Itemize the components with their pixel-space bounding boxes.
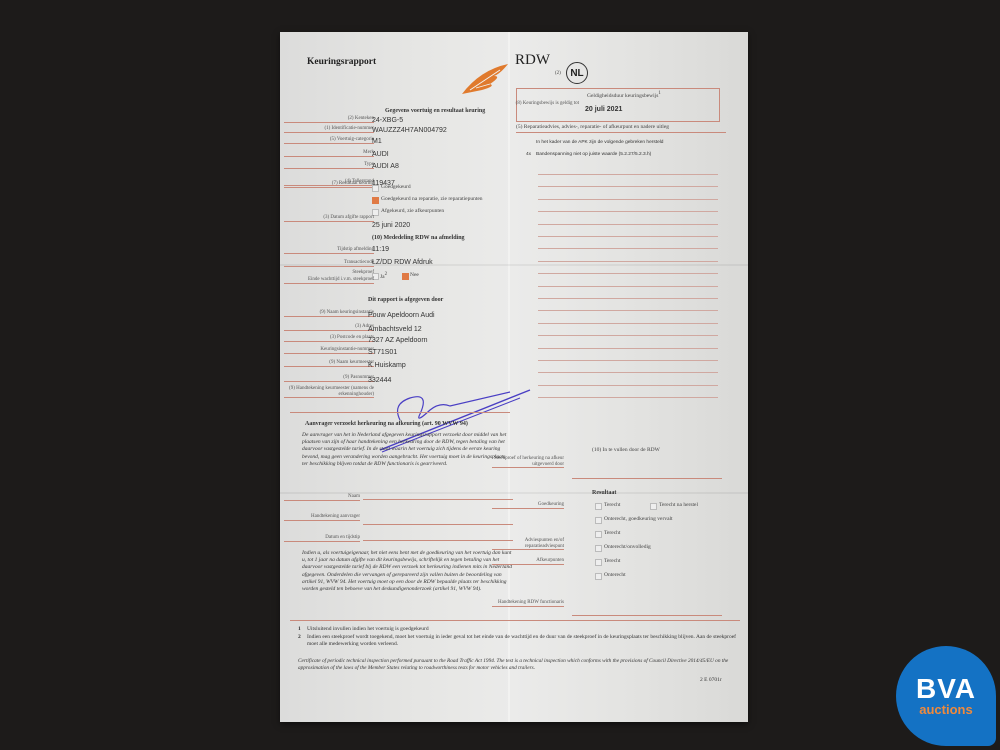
inspection-report-paper: Keuringsrapport RDW (2) NL Gegevens voer… xyxy=(280,32,748,722)
repair-line[interactable] xyxy=(538,236,718,237)
issuer-field-label: (9) Naam keurmeester xyxy=(284,360,374,367)
issuer-field-label: (9) Pasnummer xyxy=(284,375,374,382)
rdw-signature-label: Handtekening RDW functionaris xyxy=(492,600,564,607)
rdw-row-label: Afkeurpunten xyxy=(492,558,564,565)
rdw-result-checkbox[interactable] xyxy=(595,559,602,566)
date-label: (3) Datum afgifte rapport xyxy=(284,215,374,222)
repair-line[interactable] xyxy=(538,310,718,311)
result-checkbox[interactable] xyxy=(372,185,379,192)
validity-value: 20 juli 2021 xyxy=(585,106,622,113)
repair-line[interactable] xyxy=(538,174,718,175)
rdw-result-checkbox[interactable] xyxy=(595,503,602,510)
repair-line[interactable] xyxy=(538,348,718,349)
end-wait-label: Einde wachttijd i.v.m. steekproef xyxy=(284,277,374,284)
datetime-label: Datum en tijdstip xyxy=(284,535,360,542)
field-value: M1 xyxy=(372,138,382,145)
rdw-result-option: Onterecht, goedkeuring vervalt xyxy=(604,516,673,522)
repair-line[interactable] xyxy=(538,224,718,225)
result-label: (7) Resultaat keuring xyxy=(284,181,374,188)
date-value: 25 juni 2020 xyxy=(372,222,410,229)
field-value: AUDI A8 xyxy=(372,163,399,170)
rdw-result-option: Onterecht xyxy=(604,572,626,578)
appeal-text: De aanvrager van het in Nederland afgege… xyxy=(302,432,512,468)
rdw-result-checkbox[interactable] xyxy=(595,531,602,538)
field-label: Type xyxy=(284,162,374,169)
rdw-result-option: Terecht xyxy=(604,502,620,508)
repair-line[interactable] xyxy=(538,397,718,398)
issuer-field-value: Ambachtsveld 12 xyxy=(368,326,422,333)
sample-label: Steekproef xyxy=(284,270,374,276)
repair-line[interactable] xyxy=(538,273,718,274)
sample-no-label: Nee xyxy=(410,272,419,278)
issuer-field-label: (3) Adres xyxy=(284,324,374,331)
field-label: Merk xyxy=(284,150,374,157)
result-option-label: Afgekeurd, zie afkeurpunten xyxy=(381,208,444,214)
result-option-label: Goedgekeurd xyxy=(381,184,411,190)
rdw-result-option: Onterecht/onvolledig xyxy=(604,544,651,550)
footnote-number: 2 xyxy=(298,634,301,641)
repair-line[interactable] xyxy=(538,261,718,262)
repair-item: Bandenspanning niet op juiste waarde (5.… xyxy=(536,152,651,157)
time-label: Tijdstip afmelding xyxy=(284,247,374,254)
sample-no-checkbox[interactable] xyxy=(402,273,409,280)
divider xyxy=(516,132,726,133)
repair-line[interactable] xyxy=(538,335,718,336)
rdw-label: RDW xyxy=(515,52,550,69)
issuer-section-title: Dit rapport is afgegeven door xyxy=(368,297,443,303)
applicant-signature-line[interactable] xyxy=(363,524,513,525)
repair-qty: 4x xyxy=(526,152,531,157)
signature-label: (9) Handtekening keurmeester (namens de … xyxy=(284,386,374,398)
rdw-result-checkbox[interactable] xyxy=(595,545,602,552)
rdw-result-option: Terecht xyxy=(604,530,620,536)
validity-title: Geldigheidsduur keuringsbewijs1 xyxy=(587,91,661,99)
appeal-title: Aanvrager verzoekt herkeuring na afkeuri… xyxy=(305,421,468,427)
form-code: 2 E 0701r xyxy=(700,677,722,684)
time-value: 11:19 xyxy=(372,246,389,253)
rdw-result-checkbox[interactable] xyxy=(595,573,602,580)
repair-line[interactable] xyxy=(538,286,718,287)
owner-text: Indien u, als voertuigeigenaar, het niet… xyxy=(302,550,514,593)
field-label: (1) Identificatie-nummer xyxy=(284,126,374,133)
repair-line[interactable] xyxy=(538,360,718,361)
issuer-field-label: Keuringsinstantie-nummer xyxy=(284,347,374,354)
rdw-feather-logo-icon xyxy=(460,62,510,97)
repair-line[interactable] xyxy=(538,211,718,212)
issuer-field-label: (9) Naam keuringsinstantie xyxy=(284,310,374,317)
name-line[interactable] xyxy=(363,499,513,500)
name-label: Naam xyxy=(284,494,360,501)
rdw-row-label: Adviespunten en/of reparatieadviespunt xyxy=(492,538,564,550)
datetime-line[interactable] xyxy=(363,540,513,541)
issuer-field-value: 7327 AZ Apeldoorn xyxy=(368,337,428,344)
rdw-result-checkbox[interactable] xyxy=(650,503,657,510)
transaction-label: Transactiecode xyxy=(284,260,374,267)
sample-yes-label: Ja2 xyxy=(380,272,387,280)
result-title: Resultaat xyxy=(592,490,616,496)
vehicle-section-title: Gegevens voertuig en resultaat keuring xyxy=(385,108,485,114)
field-label: (2) Kenteken xyxy=(284,116,374,123)
document-title: Keuringsrapport xyxy=(307,57,376,67)
rdw-result-option: Terecht xyxy=(604,558,620,564)
issuer-field-value: Pouw Apeldoorn Audi xyxy=(368,312,435,319)
repairs-section-title: (5) Reparatieadvies, advies-, reparatie-… xyxy=(516,124,669,130)
repair-line[interactable] xyxy=(538,248,718,249)
rdw-result-checkbox[interactable] xyxy=(595,517,602,524)
country-badge: NL xyxy=(566,62,588,84)
bva-sub: auctions xyxy=(919,703,972,717)
repair-line[interactable] xyxy=(538,186,718,187)
transaction-value: LZ/DD RDW Afdruk xyxy=(372,259,433,266)
bva-auctions-logo: BVA auctions xyxy=(896,646,996,746)
field-value: 24-XBG-5 xyxy=(372,117,403,124)
field-value: WAUZZZ4H7AN004792 xyxy=(372,127,447,134)
repair-line[interactable] xyxy=(538,298,718,299)
applicant-signature-label: Handtekening aanvrager xyxy=(284,514,360,521)
footnote-text: Indien een steekproef wordt toegekend, m… xyxy=(307,634,737,648)
result-checkbox[interactable] xyxy=(372,197,379,204)
field-label: (5) Voertuig-categorie xyxy=(284,137,374,144)
certificate-text: Certificate of periodic technical inspec… xyxy=(298,658,738,672)
repair-line[interactable] xyxy=(538,199,718,200)
rdw-signature-line[interactable] xyxy=(572,615,722,616)
footnote-number: 1 xyxy=(298,626,301,633)
field-value: AUDI xyxy=(372,151,389,158)
validity-box: Geldigheidsduur keuringsbewijs1 (8) Keur… xyxy=(516,88,720,122)
issuer-field-label: (3) Postcode en plaats xyxy=(284,335,374,342)
issuer-field-value: K Huiskamp xyxy=(368,362,406,369)
validity-label: (8) Keuringsbewijs is geldig tot xyxy=(489,101,579,107)
bva-brand: BVA xyxy=(916,675,976,703)
rdw-section-title: (10) In te vullen door de RDW xyxy=(592,447,660,453)
repair-line[interactable] xyxy=(538,372,718,373)
rdw-sample-label: Steekproef of herkeuring na afkeur uitge… xyxy=(492,456,564,468)
result-option-label: Goedgekeurd na reparatie, zie reparatiep… xyxy=(381,196,483,202)
rdw-sample-line[interactable] xyxy=(572,478,722,479)
rdw-row-label: Goedkeuring xyxy=(492,502,564,509)
footnote-text: Uitsluitend invullen indien het voertuig… xyxy=(307,626,737,633)
country-ref: (2) xyxy=(555,71,561,76)
rdw-result-option: Terecht na herstel xyxy=(659,502,698,508)
repair-line[interactable] xyxy=(538,323,718,324)
repair-line[interactable] xyxy=(538,385,718,386)
repairs-intro: In het kader van de APK zijn de volgende… xyxy=(536,140,663,145)
divider xyxy=(290,620,740,621)
issuer-field-value: ST71S01 xyxy=(368,349,397,356)
divider xyxy=(290,412,510,413)
notification-section-title: (10) Mededeling RDW na afmelding xyxy=(372,235,465,241)
fold-crease xyxy=(508,32,510,722)
